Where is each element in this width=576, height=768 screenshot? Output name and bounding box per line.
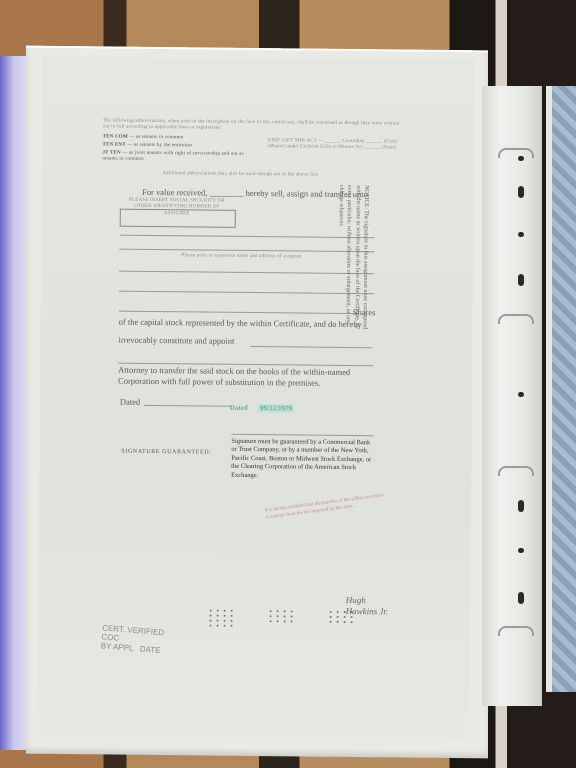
binder-ring — [498, 626, 534, 636]
punch-hole — [518, 156, 524, 161]
punch-hole — [518, 500, 524, 512]
guarantee-text: Signature must be guaranteed by a Commer… — [231, 438, 371, 482]
abbrev-ten-ent: TEN ENT — as tenants by the entireties — [102, 142, 192, 149]
binder-ring — [498, 148, 534, 158]
cert-verified-stamp: CERT. VERIFIED COC BY APPL DATE — [100, 624, 164, 655]
notice-text: NOTICE: The signature to this assignment… — [335, 185, 370, 335]
red-tax-stamp: It is hereby certified that the transfer… — [264, 493, 385, 521]
punch-hole — [518, 548, 524, 553]
binder-ring — [498, 314, 534, 324]
guarantee-line — [232, 434, 374, 436]
binder-rings-strip — [482, 86, 542, 706]
punch-hole — [518, 392, 524, 397]
capital-stock-text: of the capital stock represented by the … — [119, 317, 362, 330]
abbrev-jt-ten: JT TEN — as joint tenants with right of … — [102, 150, 252, 164]
dated-label: Dated — [120, 397, 140, 408]
punch-hole — [518, 274, 524, 286]
abbrev-header: The following abbreviations, when used i… — [103, 118, 403, 134]
dated-line — [144, 405, 232, 407]
punch-hole — [518, 186, 524, 198]
next-certificate-edge — [546, 86, 576, 692]
perforation-mark — [330, 611, 355, 623]
signature-guaranteed-label: SIGNATURE GUARANTEED: — [121, 449, 211, 457]
print-name-label: Please print or typewrite name and addre… — [181, 253, 301, 261]
irrevocably-text: irrevocably constitute and appoint — [118, 335, 234, 347]
attorney-line — [250, 346, 372, 348]
binder-ring — [498, 466, 534, 476]
shares-line — [119, 311, 359, 315]
unif-gift: UNIF GIFT MIN ACT — ______ Custodian ___… — [267, 138, 402, 152]
abbrev-ten-com: TEN COM — as tenants in common — [103, 134, 184, 141]
certificate-back: The following abbreviations, when used i… — [97, 106, 403, 669]
perforation-mark — [209, 610, 234, 627]
additional-abbrev: Additional abbreviations may also be use… — [162, 171, 318, 179]
punch-hole — [518, 232, 524, 237]
ssn-box — [120, 209, 236, 228]
perforation-mark — [270, 610, 295, 622]
stamp-dated: Dated 09/22/1979 — [230, 404, 294, 413]
punch-hole — [518, 592, 524, 604]
attorney-text: Attorney to transfer the said stock on t… — [118, 365, 376, 389]
